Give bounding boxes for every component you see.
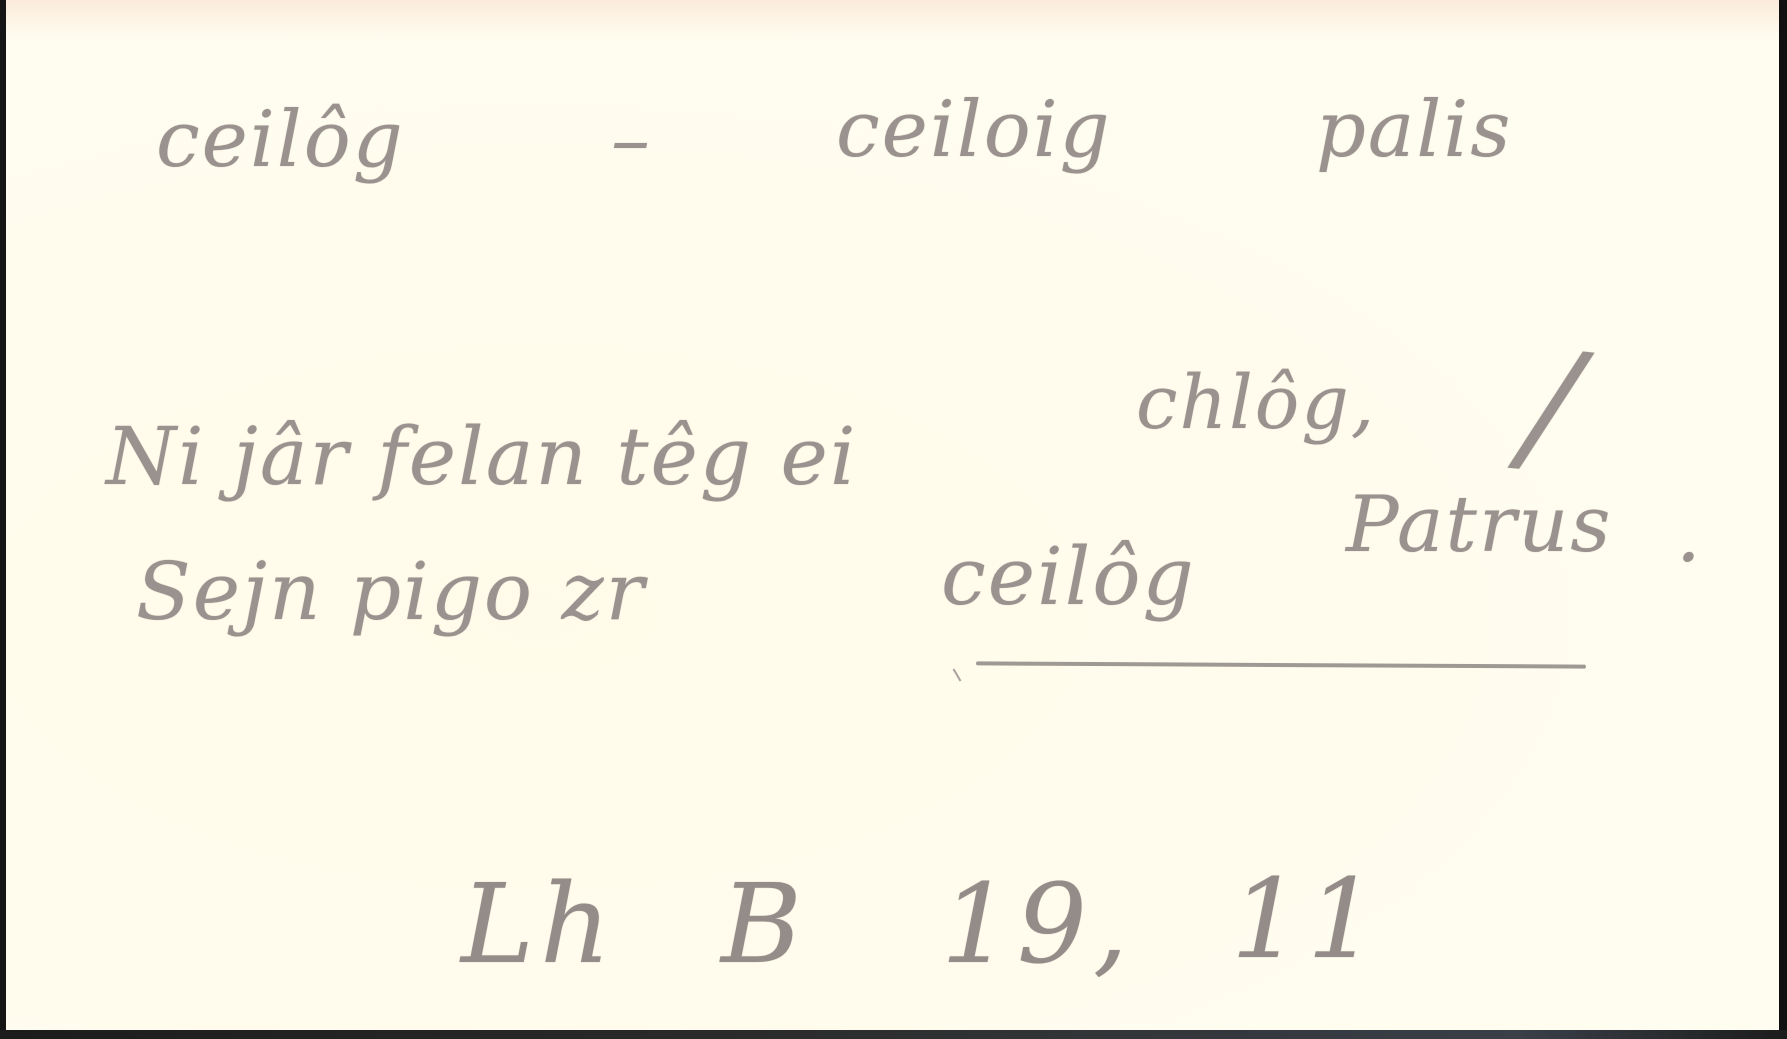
pencil-mark [953,668,962,681]
reference-page: 19, [941,860,1134,988]
example-line-1: Ni jâr felan têg ei [106,410,857,503]
index-card: ceilôg – ceiloig palis Ni jâr felan têg … [6,0,1779,1030]
example-line-2: Sejn pigo zr [136,545,646,638]
example-line-1-right: chlôg, [1136,360,1376,446]
example-underlined-word: ceilôg [941,530,1196,623]
example-period: . [1676,490,1703,580]
scan-border-right [1779,0,1787,1039]
scan-border-bottom [0,1030,1787,1039]
underline-rule [976,661,1586,668]
line-separator-slash: / [1517,318,1587,497]
reference-line: 11 [1231,855,1383,983]
headword-dash: – [611,95,652,185]
headword-gloss: ceiloig [836,85,1112,175]
scan-border-left [0,0,6,1039]
reference-volume: B [721,860,808,988]
reference-source: Lh [461,860,617,988]
example-author: Patrus [1346,480,1612,570]
headword: ceilôg [156,95,405,185]
headword-gloss-continued: palis [1316,85,1512,175]
